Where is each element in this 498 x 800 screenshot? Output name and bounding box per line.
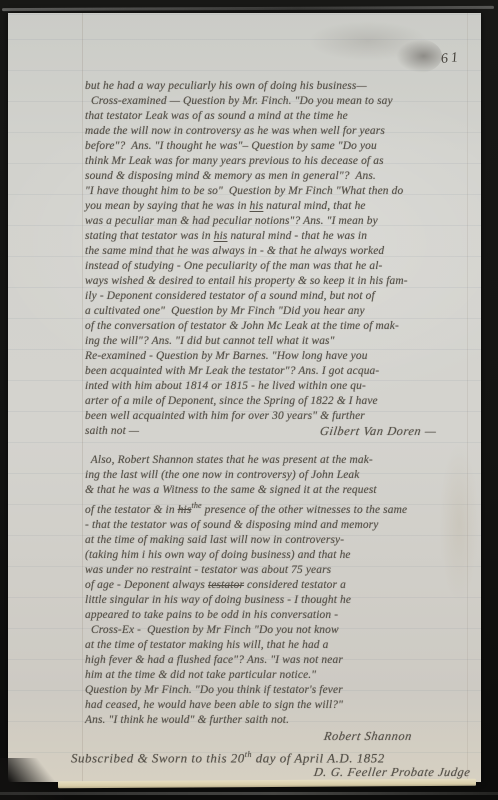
manuscript-line: made the will now in controversy as he w… — [85, 124, 474, 139]
manuscript-line: him at the time & did not take particula… — [85, 668, 474, 683]
manuscript-line: - that the testator was of sound & dispo… — [85, 518, 474, 533]
vandoren-signature: Gilbert Van Doren — — [318, 424, 437, 439]
vandoren-closing-line: saith not — Gilbert Van Doren — — [85, 424, 474, 439]
manuscript-line: ways wished & desired to entail his prop… — [85, 274, 474, 289]
manuscript-line: arter of a mile of Deponent, since the S… — [85, 394, 474, 409]
manuscript-line: instead of studying - One peculiarity of… — [85, 259, 474, 274]
binder-edge-highlight — [2, 6, 494, 11]
manuscript-line: think Mr Leak was for many years previou… — [85, 154, 474, 169]
deposition-shannon-text: Also, Robert Shannon states that he was … — [85, 453, 474, 728]
judge-signature-line: D. G. Feeller Probate Judge — [85, 765, 474, 780]
left-margin-rule — [82, 13, 83, 782]
judge-signature: D. G. Feeller Probate Judge — [313, 765, 472, 780]
manuscript-line: was a peculiar man & had peculiar notion… — [85, 214, 474, 229]
manuscript-line: (taking him i his own way of doing busin… — [85, 548, 474, 563]
manuscript-line: little singular in his way of doing busi… — [85, 593, 474, 608]
manuscript-line: that testator Leak was of as sound a min… — [85, 109, 474, 124]
deposition-vandoren-text: but he had a way peculiarly his own of d… — [85, 79, 474, 424]
shannon-signature: Robert Shannon — [323, 729, 413, 744]
manuscript-line: was under no restraint - testator was ab… — [85, 563, 474, 578]
manuscript-line: had ceased, he would have been able to s… — [85, 698, 474, 713]
sworn-attestation: Subscribed & Sworn to this 20th day of A… — [71, 747, 474, 765]
manuscript-line: Ans. "I think he would" & further saith … — [85, 713, 474, 728]
manuscript-line: but he had a way peculiarly his own of d… — [85, 79, 474, 94]
manuscript-line: Cross-examined — Question by Mr. Finch. … — [85, 94, 474, 109]
manuscript-line: at the time of testator making his will,… — [85, 638, 474, 653]
manuscript-line: ily - Deponent considered testator of a … — [85, 289, 474, 304]
manuscript-line: of the conversation of testator & John M… — [85, 319, 474, 334]
manuscript-line: Also, Robert Shannon states that he was … — [85, 453, 474, 468]
manuscript-line: ing the last will (the one now in contro… — [85, 468, 474, 483]
manuscript-line: you mean by saying that he was in his na… — [85, 199, 474, 214]
manuscript-line: inted with him about 1814 or 1815 - he l… — [85, 379, 474, 394]
manuscript-line: been well acquainted with him for over 3… — [85, 409, 474, 424]
manuscript-line: Cross-Ex - Question by Mr Finch "Do you … — [85, 623, 474, 638]
ledger-photograph: 61 but he had a way peculiarly his own o… — [0, 0, 498, 800]
manuscript-line: of the testator & in histhe presence of … — [85, 498, 474, 518]
manuscript-line: Re-examined - Question by Mr Barnes. "Ho… — [85, 349, 474, 364]
page-number: 61 — [440, 50, 462, 68]
manuscript-line: "I have thought him to be so" Question b… — [85, 184, 474, 199]
manuscript-line: sound & disposing mind & memory as men i… — [85, 169, 474, 184]
manuscript-line: stating that testator was in his natural… — [85, 229, 474, 244]
manuscript-line: of age - Deponent always testator consid… — [85, 578, 474, 593]
shannon-signature-line: Robert Shannon — [85, 729, 474, 745]
closing-phrase: saith not — — [85, 424, 139, 439]
manuscript-line: appeared to take pains to be odd in his … — [85, 608, 474, 623]
page-edge-stack — [58, 779, 476, 789]
manuscript-line: a cultivated one" Question by Mr Finch "… — [85, 304, 474, 319]
manuscript-line: before"? Ans. "I thought he was"– Questi… — [85, 139, 474, 154]
manuscript-line: at the time of making said last will now… — [85, 533, 474, 548]
binder-edge-highlight — [0, 792, 498, 795]
manuscript-line: high fever & had a flushed face"? Ans. "… — [85, 653, 474, 668]
manuscript-line: Question by Mr Finch. "Do you think if t… — [85, 683, 474, 698]
manuscript-page: 61 but he had a way peculiarly his own o… — [8, 13, 481, 782]
manuscript-line: the same mind that he was always in - & … — [85, 244, 474, 259]
manuscript-line: & that he was a Witness to the same & si… — [85, 483, 474, 498]
handwritten-text: but he had a way peculiarly his own of d… — [85, 79, 474, 780]
manuscript-line: been acquainted with Mr Leak the testato… — [85, 364, 474, 379]
manuscript-line: ing the will"? Ans. "I did but cannot te… — [85, 334, 474, 349]
